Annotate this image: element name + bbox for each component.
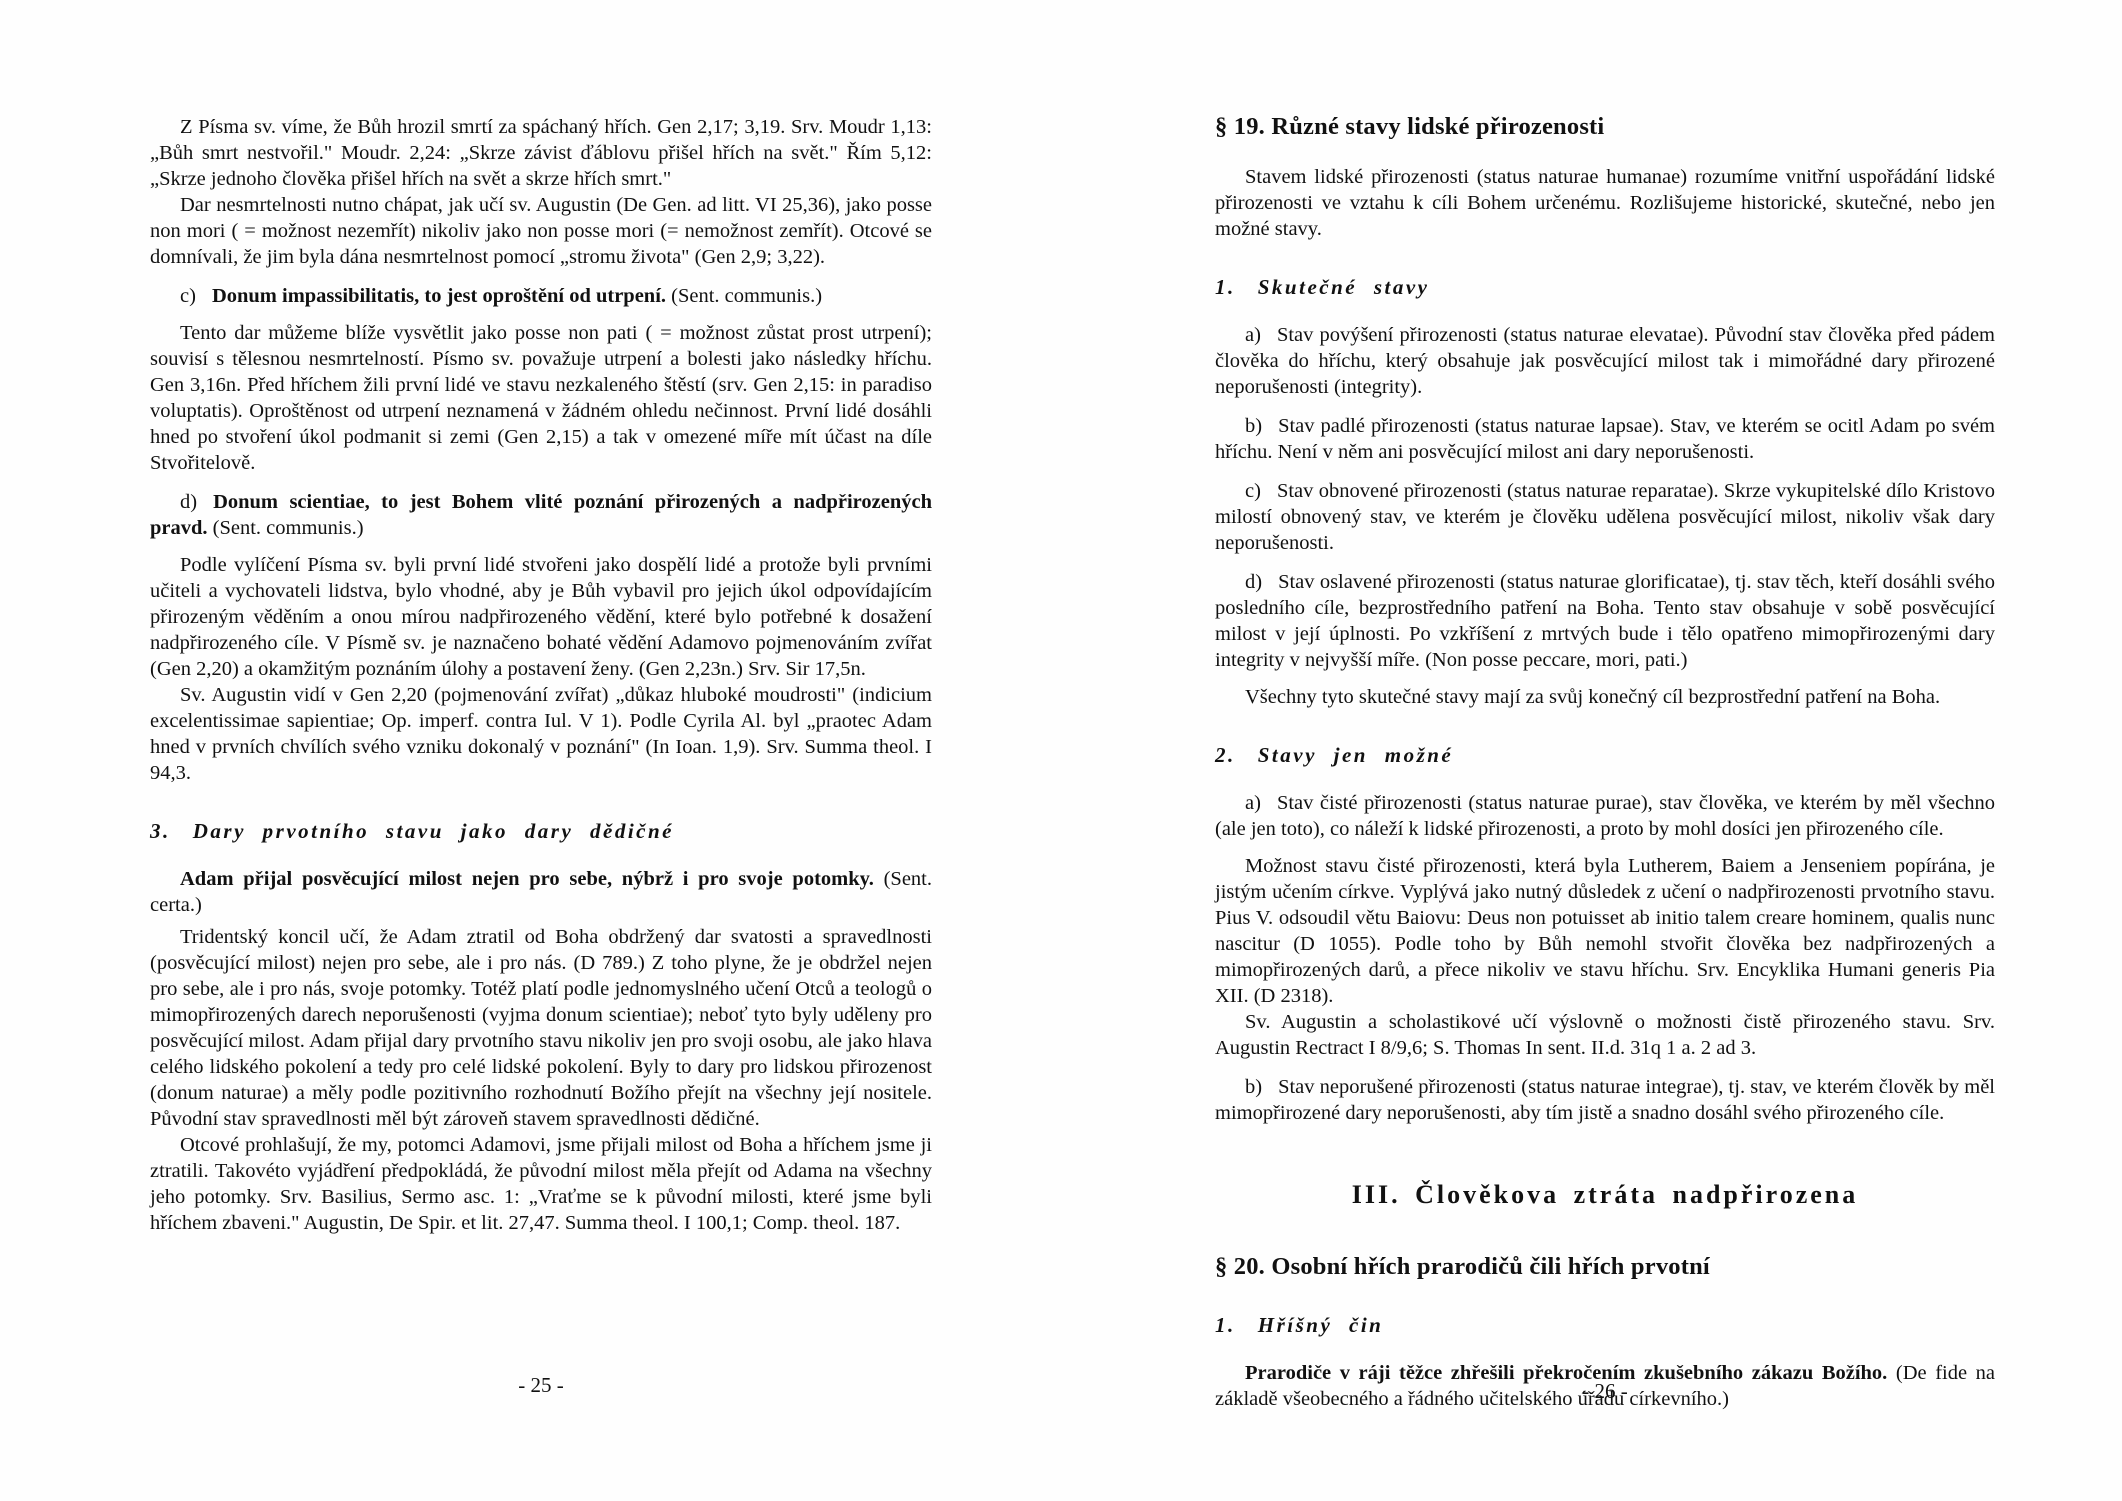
item-label: 2. bbox=[1215, 743, 1258, 767]
item-label: b) bbox=[1245, 1076, 1278, 1098]
item-stav-oslavene: d)Stav oslavené přirozenosti (status nat… bbox=[1215, 569, 1995, 673]
item-label: b) bbox=[1245, 415, 1278, 437]
block-text: (Sent. communis.) bbox=[213, 517, 364, 539]
item-label: d) bbox=[1245, 571, 1278, 593]
block-text: Stav čisté přirozenosti (status naturae … bbox=[1215, 792, 1995, 840]
block-text: Dar nesmrtelnosti nutno chápat, jak učí … bbox=[150, 194, 932, 268]
item-stav-neporusene: b)Stav neporušené přirozenosti (status n… bbox=[1215, 1074, 1995, 1126]
bold-lead: Adam přijal posvěcující milost nejen pro… bbox=[180, 868, 874, 890]
heading-dary-prvotniho-stavu: 3.Dary prvotního stavu jako dary dědičné bbox=[150, 818, 932, 844]
block-text: (Sent. communis.) bbox=[671, 285, 822, 307]
block-text: Otcové prohlašují, že my, potomci Adamov… bbox=[150, 1134, 932, 1234]
page-left-content: Z Písma sv. víme, že Bůh hrozil smrtí za… bbox=[150, 112, 932, 1236]
item-label: 1. bbox=[1215, 275, 1258, 299]
block-text: Možnost stavu čisté přirozenosti, která … bbox=[1215, 855, 1995, 1007]
page-right: § 19. Různé stavy lidské přirozenostiSta… bbox=[1061, 0, 2122, 1501]
block-text: Stavem lidské přirozenosti (status natur… bbox=[1215, 166, 1995, 240]
para-tento-dar: Tento dar můžeme blíže vysvětlit jako po… bbox=[150, 320, 932, 476]
para-augustin-gen220: Sv. Augustin vidí v Gen 2,20 (pojmenován… bbox=[150, 682, 932, 786]
item-stav-obnovene: c)Stav obnovené přirozenosti (status nat… bbox=[1215, 478, 1995, 556]
item-stav-padle: b)Stav padlé přirozenosti (status natura… bbox=[1215, 413, 1995, 465]
para-tridentsky-koncil: Tridentský koncil učí, že Adam ztratil o… bbox=[150, 924, 932, 1132]
para-augustin-scholastikove: Sv. Augustin a scholastikové učí výslovn… bbox=[1215, 1009, 1995, 1061]
block-text: Sv. Augustin a scholastikové učí výslovn… bbox=[1215, 1011, 1995, 1059]
para-dar-nesmrtelnosti: Dar nesmrtelnosti nutno chápat, jak učí … bbox=[150, 192, 932, 270]
block-text: Tridentský koncil učí, že Adam ztratil o… bbox=[150, 926, 932, 1130]
para-otcove-prohlasuji: Otcové prohlašují, že my, potomci Adamov… bbox=[150, 1132, 932, 1236]
page-number-left: - 25 - bbox=[150, 1372, 932, 1398]
block-text: Stavy jen možné bbox=[1258, 743, 1454, 767]
block-text: III. Člověkova ztráta nadpřirozena bbox=[1352, 1180, 1859, 1209]
page-right-content: § 19. Různé stavy lidské přirozenostiSta… bbox=[1215, 112, 1995, 1418]
para-adam-prijal: Adam přijal posvěcující milost nejen pro… bbox=[150, 866, 932, 918]
block-text: § 19. Různé stavy lidské přirozenosti bbox=[1215, 113, 1604, 140]
heading-par-19: § 19. Různé stavy lidské přirozenosti bbox=[1215, 114, 1995, 140]
page-number-right: - 26 - bbox=[1215, 1378, 1995, 1404]
item-label: 1. bbox=[1215, 1313, 1258, 1337]
block-text: § 20. Osobní hřích prarodičů čili hřích … bbox=[1215, 1253, 1710, 1280]
item-label: c) bbox=[1245, 480, 1277, 502]
block-text: Všechny tyto skutečné stavy mají za svůj… bbox=[1245, 686, 1940, 708]
heading-clovekova-ztrata: III. Člověkova ztráta nadpřirozena bbox=[1215, 1182, 1995, 1208]
block-text: Stav neporušené přirozenosti (status nat… bbox=[1215, 1076, 1995, 1124]
heading-hrisny-cin: 1.Hříšný čin bbox=[1215, 1312, 1995, 1338]
block-text: Dary prvotního stavu jako dary dědičné bbox=[193, 819, 674, 843]
para-moznost-stavu: Možnost stavu čisté přirozenosti, která … bbox=[1215, 853, 1995, 1009]
block-text: Stav padlé přirozenosti (status naturae … bbox=[1215, 415, 1995, 463]
block-text: Tento dar můžeme blíže vysvětlit jako po… bbox=[150, 322, 932, 474]
block-text: Hříšný čin bbox=[1258, 1313, 1384, 1337]
para-podle-vyliceni: Podle vylíčení Písma sv. byli první lidé… bbox=[150, 552, 932, 682]
block-text: Podle vylíčení Písma sv. byli první lidé… bbox=[150, 554, 932, 680]
item-donum-impassibilitatis: c)Donum impassibilitatis, to jest oprošt… bbox=[150, 283, 932, 309]
item-label: 3. bbox=[150, 819, 193, 843]
item-stav-povyseni: a)Stav povýšení přirozenosti (status nat… bbox=[1215, 322, 1995, 400]
bold-lead: Donum impassibilitatis, to jest oproštěn… bbox=[212, 285, 666, 307]
para-vsechny-tyto: Všechny tyto skutečné stavy mají za svůj… bbox=[1215, 684, 1995, 710]
block-text: Sv. Augustin vidí v Gen 2,20 (pojmenován… bbox=[150, 684, 932, 784]
heading-stavy-jen-mozne: 2.Stavy jen možné bbox=[1215, 742, 1995, 768]
block-text: Stav povýšení přirozenosti (status natur… bbox=[1215, 324, 1995, 398]
item-stav-ciste: a)Stav čisté přirozenosti (status natura… bbox=[1215, 790, 1995, 842]
book-spread: Z Písma sv. víme, že Bůh hrozil smrtí za… bbox=[0, 0, 2122, 1501]
item-label: a) bbox=[1245, 792, 1277, 814]
item-label: d) bbox=[180, 491, 213, 513]
page-left: Z Písma sv. víme, že Bůh hrozil smrtí za… bbox=[0, 0, 1061, 1501]
block-text: Z Písma sv. víme, že Bůh hrozil smrtí za… bbox=[150, 116, 932, 190]
heading-par-20: § 20. Osobní hřích prarodičů čili hřích … bbox=[1215, 1254, 1995, 1280]
item-label: c) bbox=[180, 285, 212, 307]
para-stavem-lidske: Stavem lidské přirozenosti (status natur… bbox=[1215, 164, 1995, 242]
block-text: Skutečné stavy bbox=[1258, 275, 1430, 299]
block-text: Stav obnovené přirozenosti (status natur… bbox=[1215, 480, 1995, 554]
item-donum-scientiae: d)Donum scientiae, to jest Bohem vlité p… bbox=[150, 489, 932, 541]
item-label: a) bbox=[1245, 324, 1277, 346]
para-scripture-death: Z Písma sv. víme, že Bůh hrozil smrtí za… bbox=[150, 114, 932, 192]
block-text: Stav oslavené přirozenosti (status natur… bbox=[1215, 571, 1995, 671]
heading-skutecne-stavy: 1.Skutečné stavy bbox=[1215, 274, 1995, 300]
